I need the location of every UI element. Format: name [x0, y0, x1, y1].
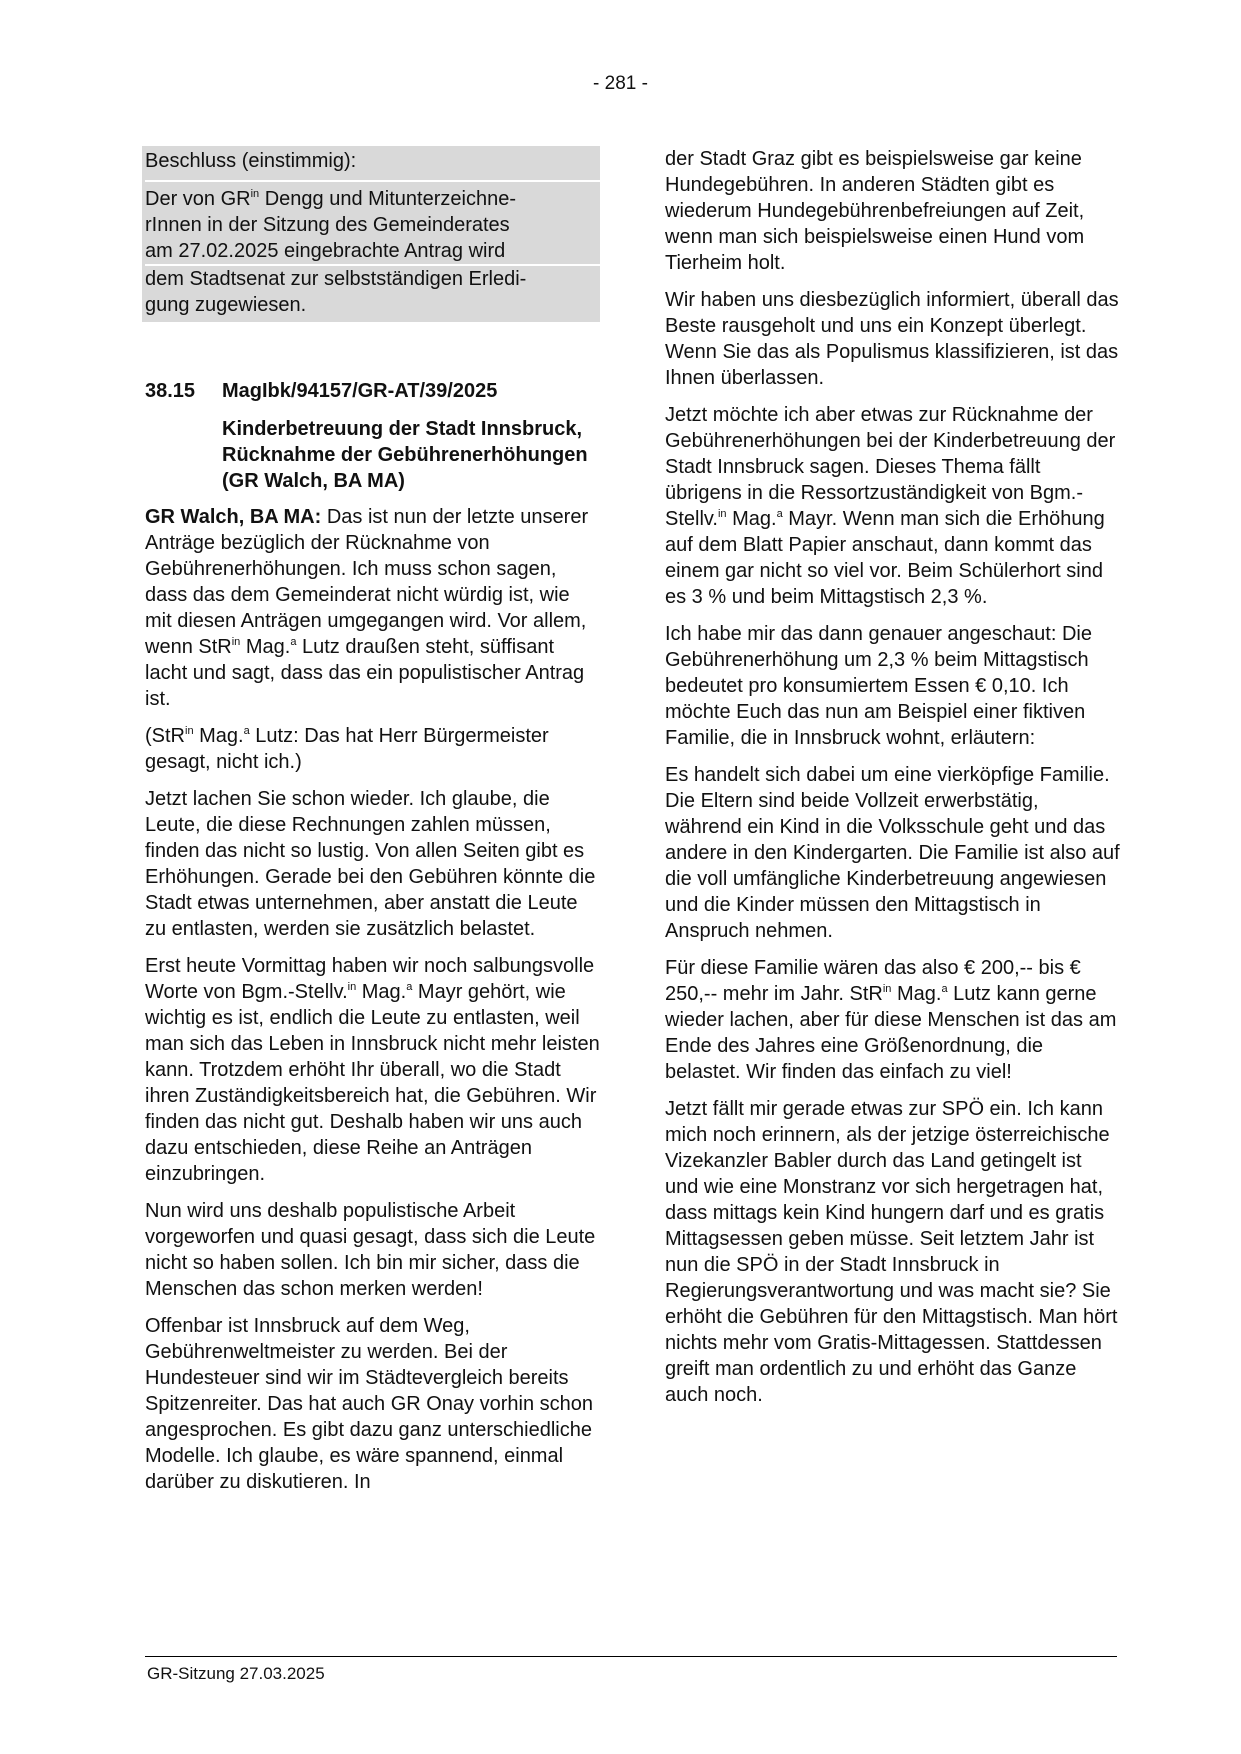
agenda-item-number: 38.15 — [145, 378, 222, 404]
resolution-text: Der von GRin Dengg und Mitunterzeichne- … — [145, 182, 600, 322]
paragraph: der Stadt Graz gibt es beispielsweise ga… — [665, 146, 1120, 276]
paragraph: Für diese Familie wären das also € 200,-… — [665, 955, 1120, 1085]
right-column: der Stadt Graz gibt es beispielsweise ga… — [665, 146, 1120, 1419]
resolution-line: am 27.02.2025 eingebrachte Antrag wird — [145, 238, 600, 266]
footer-session-date: GR-Sitzung 27.03.2025 — [147, 1663, 325, 1685]
speaker-name: GR Walch, BA MA: — [145, 506, 321, 528]
paragraph: Jetzt fällt mir gerade etwas zur SPÖ ein… — [665, 1096, 1120, 1408]
resolution-line: Der von GRin Dengg und Mitunterzeichne- — [145, 186, 600, 212]
agenda-item-title: Kinderbetreuung der Stadt Innsbruck, Rüc… — [222, 416, 600, 494]
paragraph: Es handelt sich dabei um eine vierköpfig… — [665, 762, 1120, 944]
page-number: - 281 - — [0, 72, 1241, 96]
resolution-line: rInnen in der Sitzung des Gemeinderates — [145, 212, 600, 238]
paragraph: Jetzt möchte ich aber etwas zur Rücknahm… — [665, 402, 1120, 610]
paragraph: GR Walch, BA MA: Das ist nun der letzte … — [145, 504, 600, 712]
paragraph: Wir haben uns diesbezüglich informiert, … — [665, 287, 1120, 391]
paragraph: Erst heute Vormittag haben wir noch salb… — [145, 953, 600, 1187]
resolution-heading: Beschluss (einstimmig): — [145, 146, 600, 182]
paragraph: Nun wird uns deshalb populistische Arbei… — [145, 1198, 600, 1302]
paragraph: Offenbar ist Innsbruck auf dem Weg, Gebü… — [145, 1313, 600, 1495]
agenda-item-reference: MagIbk/94157/GR-AT/39/2025 — [222, 378, 497, 404]
interjection: (StRin Mag.a Lutz: Das hat Herr Bürgerme… — [145, 723, 600, 775]
left-column: Beschluss (einstimmig): Der von GRin Den… — [145, 146, 600, 1506]
footer-divider — [145, 1656, 1117, 1657]
agenda-item-heading: 38.15 MagIbk/94157/GR-AT/39/2025 — [145, 378, 600, 404]
resolution-line: gung zugewiesen. — [145, 292, 600, 318]
paragraph: Jetzt lachen Sie schon wieder. Ich glaub… — [145, 786, 600, 942]
resolution-box: Beschluss (einstimmig): Der von GRin Den… — [142, 146, 600, 322]
paragraph: Ich habe mir das dann genauer angeschaut… — [665, 621, 1120, 751]
resolution-line: dem Stadtsenat zur selbstständigen Erled… — [145, 266, 600, 292]
